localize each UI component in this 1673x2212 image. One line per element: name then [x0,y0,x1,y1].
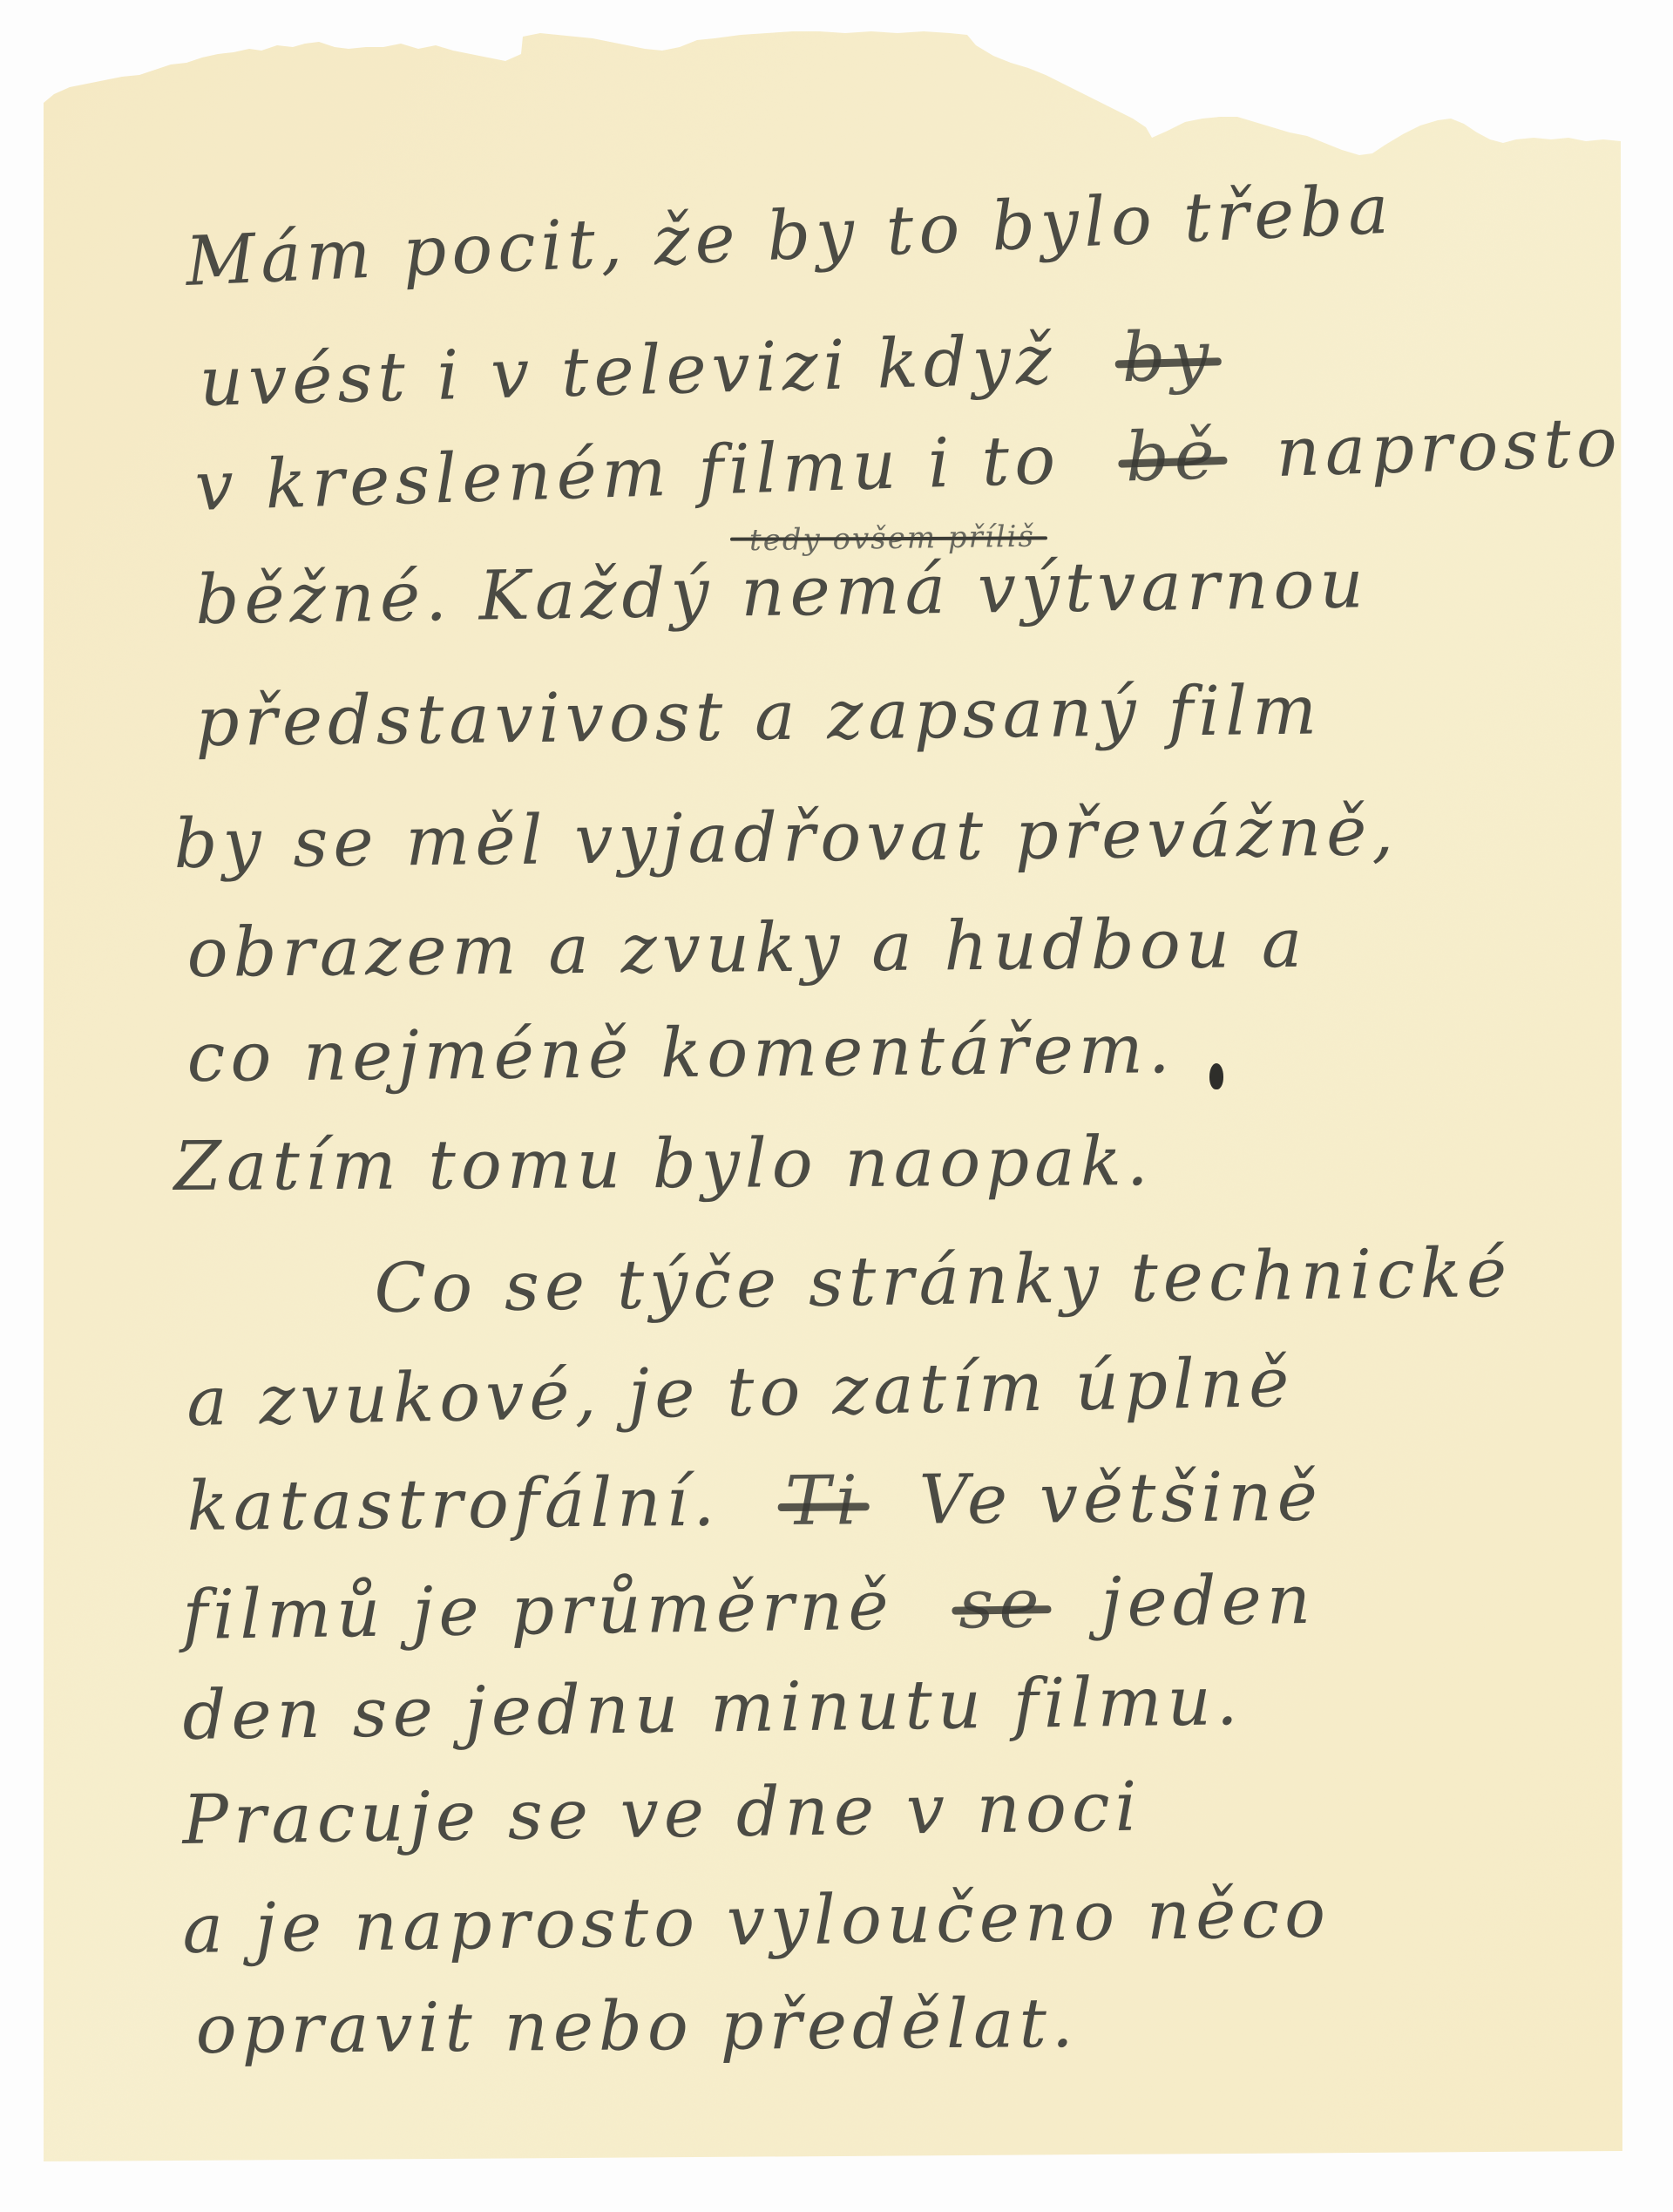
text-line-14: den se jednu minutu filmu. [182,1667,1243,1750]
text-line-10: Co se týče stránky technické [374,1239,1513,1323]
line-text: Mám pocit, že by to bylo třeba [184,171,1395,302]
line-text: co nejméně komentářem. [186,1010,1175,1097]
line-text: obrazem a zvuky a hudbou a [186,905,1307,993]
line-text-after: Ve většině [918,1458,1323,1540]
line-text-before: katastrofální. [186,1469,720,1541]
text-line-6: by se měl vyjadřovat převážně, [173,797,1399,879]
line-text: představivost a zapsaný film [195,671,1322,762]
pencil-blot [1209,1063,1223,1089]
text-line-13: filmů je průměrně se jeden [182,1566,1317,1650]
line-text: Pracuje se ve dne v noci [182,1768,1142,1860]
line-text-before: v kresleném filmu i to [194,426,1062,521]
text-line-11: a zvukové, je to zatím úplně [186,1349,1295,1436]
line-text: by se měl vyjadřovat převážně, [173,792,1399,884]
text-line-15: Pracuje se ve dne v noci [182,1774,1142,1855]
text-line-3: v kresleném filmu i to bě naprosto [194,409,1623,521]
text-line-1: Mám pocit, že by to bylo třeba [185,176,1396,296]
struck-word: by [1121,322,1215,393]
line-text: a zvukové, je to zatím úplně [186,1344,1296,1442]
line-text: a je naprosto vyloučeno něco [182,1875,1331,1969]
text-line-2: uvést i v televizi když by [199,322,1244,417]
line-text: běžné. Každý nemá výtvarnou [195,545,1369,640]
line-text-after: naprosto [1275,404,1623,492]
struck-word: Ti [785,1467,864,1536]
line-text: Zatím tomu bylo naopak. [174,1123,1154,1206]
text-line-5: představivost a zapsaný film [195,676,1322,757]
line-text: den se jednu minutu filmu. [182,1662,1243,1755]
text-line-16: a je naprosto vyloučeno něco [182,1880,1331,1964]
text-line-17: opravit nebo předělat. [195,1990,1078,2064]
line-text-after: jeden [1101,1561,1317,1642]
struck-word: bě [1124,421,1220,492]
text-line-8: co nejméně komentářem. [186,1015,1175,1092]
text-line-9: Zatím tomu bylo naopak. [174,1128,1154,1201]
text-line-12: katastrofální. Ti Ve většině [186,1463,1323,1541]
line-text-before: filmů je průměrně [182,1572,894,1650]
struck-word: se [958,1570,1045,1639]
text-line-7: obrazem a zvuky a hudbou a [186,910,1307,987]
line-text: Co se týče stránky technické [374,1234,1513,1328]
line-text: opravit nebo předělat. [195,1985,1079,2069]
handwritten-text-block: Mám pocit, že by to bylo třeba uvést i v… [0,0,1673,2212]
text-line-4: běžné. Každý nemá výtvarnou [195,550,1369,634]
line-text: uvést i v televizi když [199,326,1058,417]
